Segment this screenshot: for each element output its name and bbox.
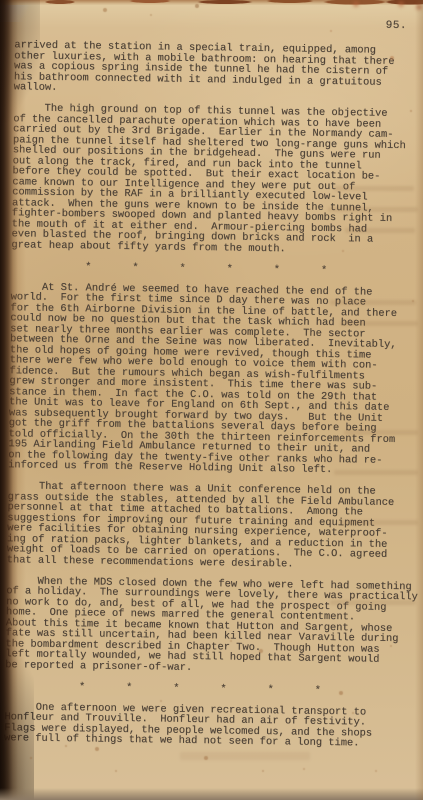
scanned-document-page: 95. arrived at the station in a special … bbox=[0, 0, 423, 800]
gutter-shadow-bottom bbox=[0, 540, 34, 800]
bleed-through-mark bbox=[334, 186, 414, 191]
bleed-through-mark bbox=[330, 600, 416, 605]
paragraph: That afternoon there was a Unit conferen… bbox=[7, 481, 420, 571]
bleed-through-mark bbox=[345, 228, 415, 233]
page-right-edge bbox=[415, 0, 423, 800]
gutter-shadow-top bbox=[0, 0, 40, 220]
bleed-through-mark bbox=[328, 207, 418, 212]
page-content: arrived at the station in a special trai… bbox=[0, 40, 423, 760]
paragraph: The high ground on top of this tunnel wa… bbox=[11, 103, 423, 256]
scan-tilt-layer: 95. arrived at the station in a special … bbox=[0, 0, 423, 800]
bleed-through-mark bbox=[340, 520, 418, 525]
page-number: 95. bbox=[386, 20, 407, 32]
paragraph: arrived at the station in a special trai… bbox=[14, 40, 423, 99]
bleed-through-mark bbox=[330, 300, 416, 305]
asterisk-separator: * * * * * * bbox=[11, 261, 423, 278]
paragraph: When the MDS closed down the few who wer… bbox=[5, 576, 418, 677]
foxing-stains bbox=[0, 0, 2, 2]
asterisk-separator: * * * * * * bbox=[5, 681, 417, 698]
bleed-through-mark bbox=[334, 470, 418, 475]
bleed-through-mark bbox=[180, 752, 310, 760]
bleed-through-mark bbox=[340, 321, 418, 326]
bleed-through-mark bbox=[344, 430, 418, 435]
paragraph: One afternoon we were given recreational… bbox=[4, 702, 416, 750]
page-top-edge bbox=[0, 0, 423, 5]
paragraph: At St. André we seemed to have reached t… bbox=[8, 282, 422, 477]
page-bottom-edge bbox=[0, 788, 423, 800]
